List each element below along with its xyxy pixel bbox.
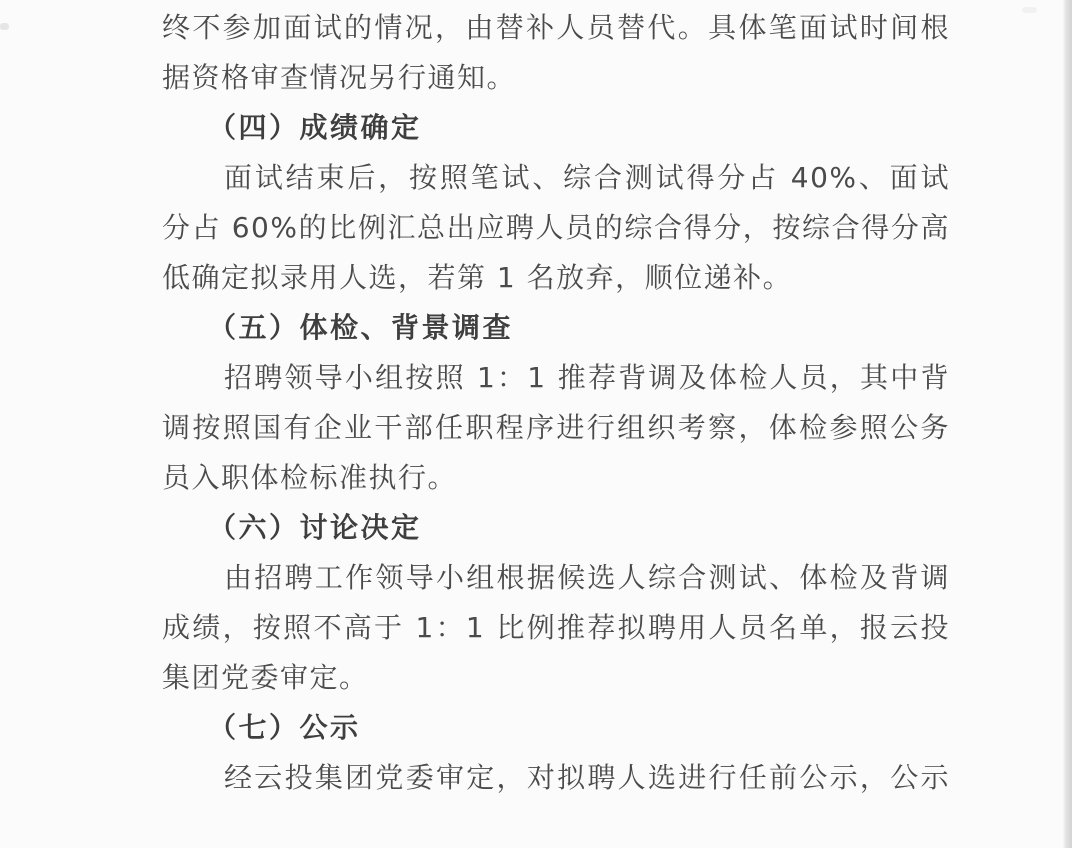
section-heading: （七）公示 — [162, 703, 950, 753]
document-line: 成绩，按照不高于 1：1 比例推荐拟聘用人员名单，报云投 — [162, 603, 950, 653]
document-line: 招聘领导小组按照 1：1 推荐背调及体检人员，其中背 — [162, 353, 950, 403]
document-line: 面试结束后，按照笔试、综合测试得分占 40%、面试得 — [162, 153, 950, 203]
document-line: 终不参加面试的情况，由替补人员替代。具体笔面试时间根 — [162, 3, 950, 53]
document-line: 调按照国有企业干部任职程序进行组织考察，体检参照公务 — [162, 403, 950, 453]
document-text-block: 终不参加面试的情况，由替补人员替代。具体笔面试时间根据资格审查情况另行通知。（四… — [162, 3, 950, 803]
scan-edge-shadow — [1063, 0, 1072, 848]
document-line: 据资格审查情况另行通知。 — [162, 53, 950, 103]
document-line: 员入职体检标准执行。 — [162, 453, 950, 503]
document-line: 经云投集团党委审定，对拟聘人选进行任前公示，公示 — [162, 753, 950, 803]
document-line: 由招聘工作领导小组根据候选人综合测试、体检及背调 — [162, 553, 950, 603]
document-page: 终不参加面试的情况，由替补人员替代。具体笔面试时间根据资格审查情况另行通知。（四… — [0, 0, 1072, 848]
document-line: 集团党委审定。 — [162, 653, 950, 703]
document-line: 低确定拟录用人选，若第 1 名放弃，顺位递补。 — [162, 253, 950, 303]
section-heading: （六）讨论决定 — [162, 503, 950, 553]
section-heading: （五）体检、背景调查 — [162, 303, 950, 353]
scan-artifact — [0, 23, 9, 30]
section-heading: （四）成绩确定 — [162, 103, 950, 153]
document-line: 分占 60%的比例汇总出应聘人员的综合得分，按综合得分高 — [162, 203, 950, 253]
scan-artifact — [1022, 7, 1037, 13]
